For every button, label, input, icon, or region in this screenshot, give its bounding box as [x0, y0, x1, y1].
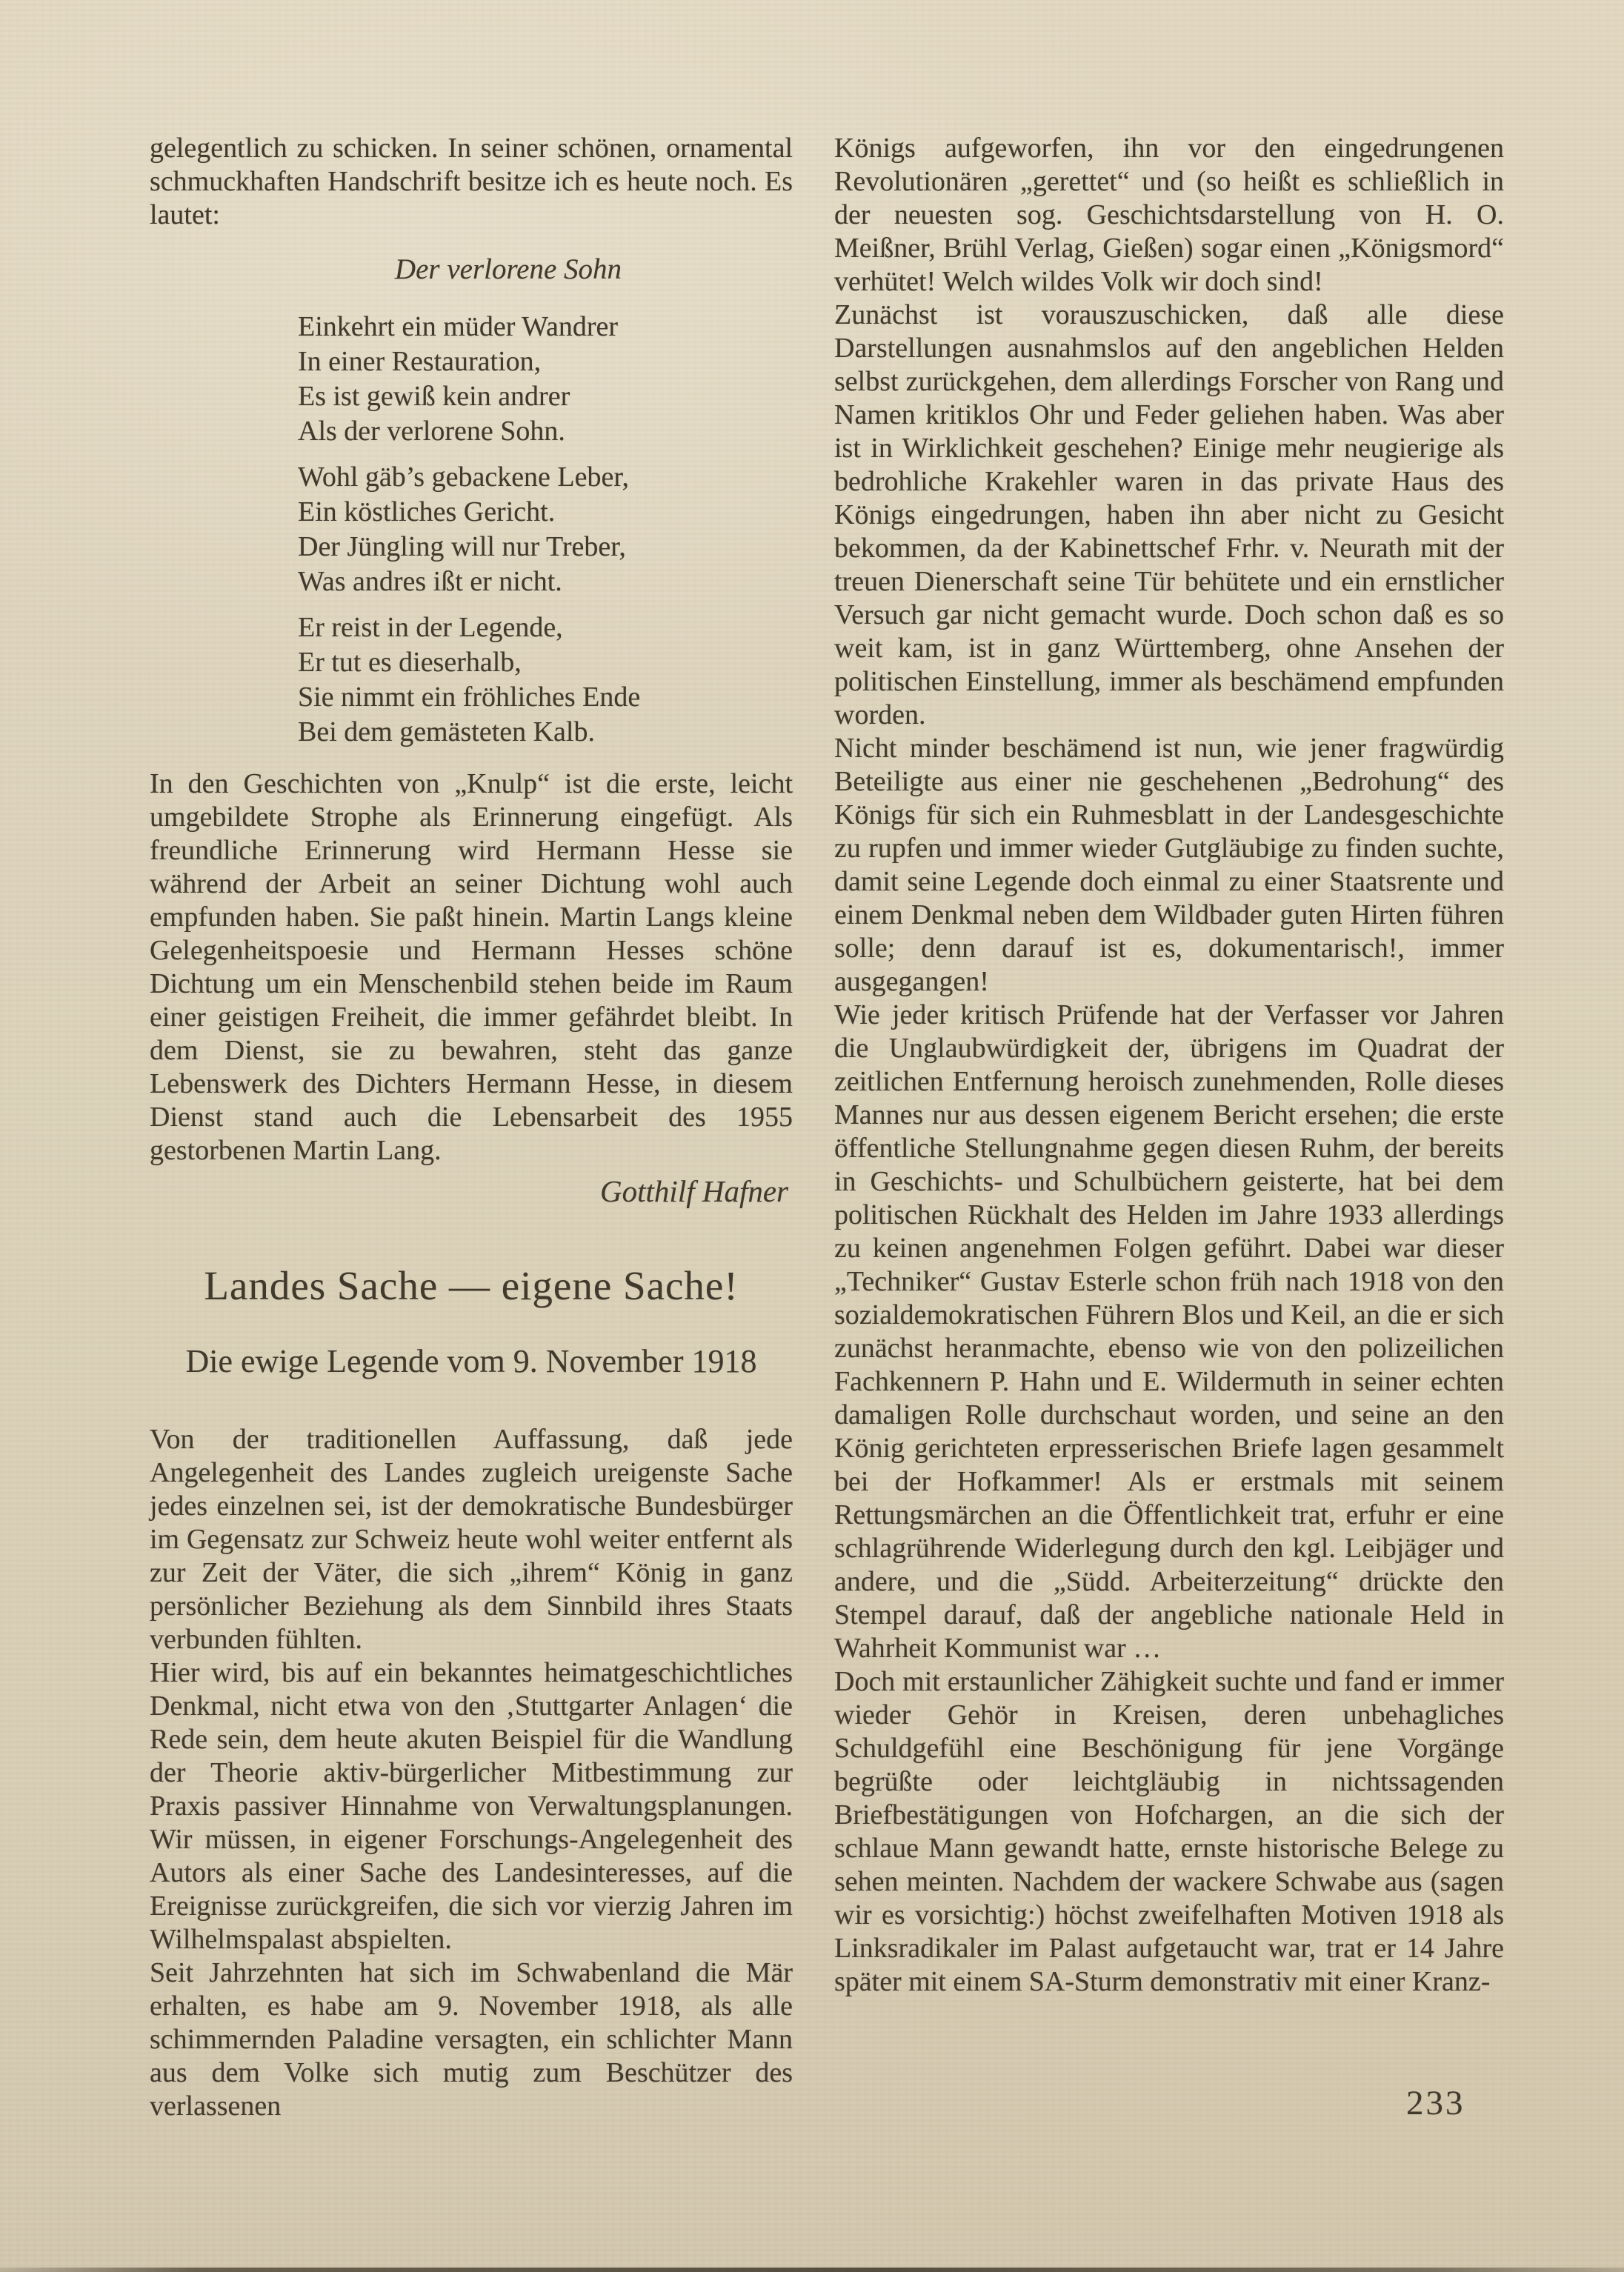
poem-line: Als der verlorene Sohn.: [298, 414, 793, 449]
article-paragraph: Seit Jahrzehnten hat sich im Schwabenlan…: [150, 1956, 793, 2123]
poem-line: Was andres ißt er nicht.: [298, 564, 793, 599]
page-number: 233: [1406, 2083, 1465, 2123]
poem-line: In einer Restauration,: [298, 344, 793, 379]
poem-line: Sie nimmt ein fröhliches Ende: [298, 680, 793, 715]
article-paragraph: Hier wird, bis auf ein bekanntes heimatg…: [150, 1656, 793, 1956]
knulp-paragraph: In den Geschichten von „Knulp“ ist die e…: [150, 767, 793, 1167]
intro-paragraph: gelegentlich zu schicken. In seiner schö…: [150, 132, 793, 232]
poem-title: Der verlorene Sohn: [150, 253, 793, 286]
article-paragraph: Königs aufgeworfen, ihn vor den eingedru…: [834, 132, 1504, 299]
poem-stanza-3: Er reist in der Legende, Er tut es diese…: [298, 610, 793, 750]
author-signature: Gotthilf Hafner: [150, 1175, 788, 1208]
article-paragraph: Nicht minder beschämend ist nun, wie jen…: [834, 732, 1504, 999]
poem-stanza-1: Einkehrt ein müder Wandrer In einer Rest…: [298, 310, 793, 449]
poem-line: Wohl gäb’s gebackene Leber,: [298, 460, 793, 495]
poem-line: Es ist gewiß kein andrer: [298, 379, 793, 414]
article-paragraph: Wie jeder kritisch Prüfende hat der Verf…: [834, 999, 1504, 1665]
article-paragraph: Zunächst ist vorauszuschicken, daß alle …: [834, 299, 1504, 732]
article-heading: Landes Sache — eigene Sache!: [150, 1263, 793, 1309]
poem-line: Er reist in der Legende,: [298, 610, 793, 645]
poem-stanza-2: Wohl gäb’s gebackene Leber, Ein köstlich…: [298, 460, 793, 599]
poem-line: Bei dem gemästeten Kalb.: [298, 715, 793, 750]
article-paragraph: Doch mit erstaunlicher Zähigkeit suchte …: [834, 1665, 1504, 1999]
poem-line: Er tut es dieserhalb,: [298, 645, 793, 680]
left-text-column: gelegentlich zu schicken. In seiner schö…: [150, 132, 793, 2123]
right-text-column: Königs aufgeworfen, ihn vor den eingedru…: [834, 132, 1504, 1999]
article-subtitle: Die ewige Legende vom 9. November 1918: [150, 1343, 793, 1380]
poem-line: Der Jüngling will nur Treber,: [298, 530, 793, 564]
poem-line: Einkehrt ein müder Wandrer: [298, 310, 793, 344]
article-paragraph: Von der traditionellen Auffassung, daß j…: [150, 1423, 793, 1656]
poem-line: Ein köstliches Gericht.: [298, 495, 793, 530]
scanned-book-page: gelegentlich zu schicken. In seiner schö…: [0, 0, 1624, 2272]
poem: Der verlorene Sohn Einkehrt ein müder Wa…: [150, 253, 793, 750]
